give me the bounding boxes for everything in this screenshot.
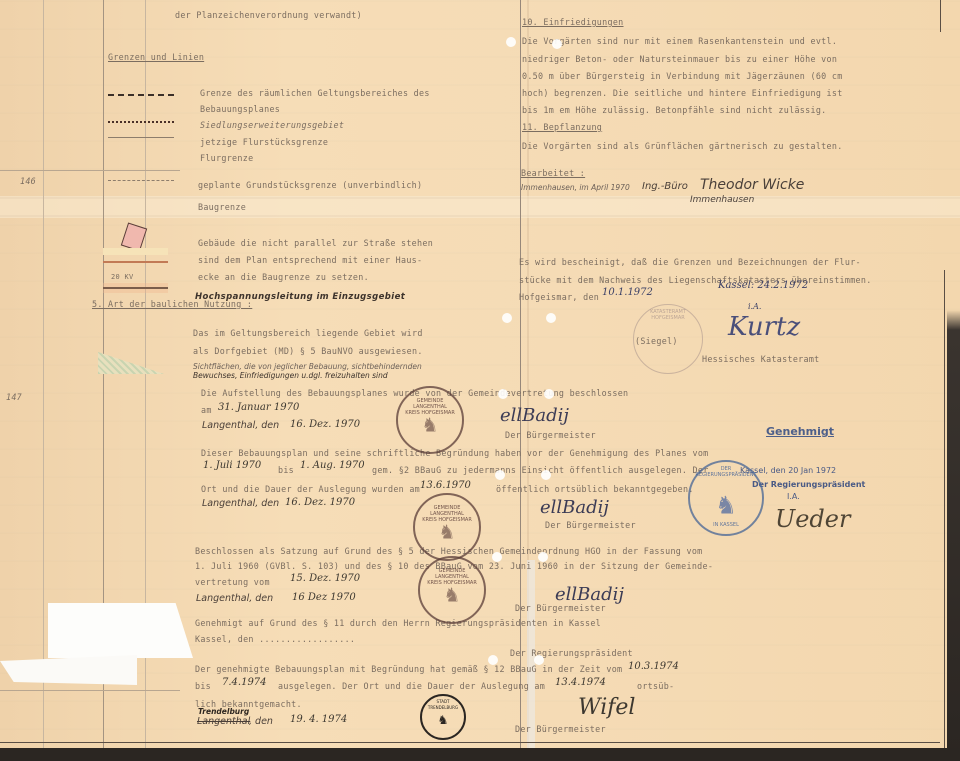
building-note: Gebäude die nicht parallel zur Straße st… [198,238,433,248]
mayor-signature: ellBadij [500,405,569,426]
einfriedigungen-heading: 10. Einfriedigungen [522,17,624,27]
kataster-office: Hessisches Katasteramt [702,354,820,364]
bepflanzung-heading: 11. Bepflanzung [522,122,602,132]
punch-hole [544,389,554,399]
place-new: Trendelburg [198,707,249,716]
sight-note: Bewuchses, Einfriedigungen u.dgl. freizu… [193,371,388,380]
place-struck: Langenthal [197,716,250,727]
tape-strip [0,196,960,218]
stadt-stamp: STADT TRENDELBURG ♞ [420,694,466,740]
bearbeitet-place: Immenhausen, im April 1970 [521,183,630,192]
signer-label: Der Bürgermeister [515,603,606,613]
gemeinde-stamp: GEMEINDE LANGENTHAL KREIS HOFGEISMAR ♞ [413,493,481,561]
cert-text: Dieser Bebauungsplan und seine schriftli… [201,448,709,458]
cert-text: Kassel, den .................. [195,634,355,644]
dotted-line-symbol [108,121,174,123]
mayor-signature: ellBadij [540,497,609,518]
top-fragment: der Planzeichenverordnung verwandt) [175,10,362,20]
einfriedigungen-line: 0.50 m über Bürgersteig in Verbindung mi… [522,71,843,81]
punch-hole [552,39,562,49]
cert-text: öffentlich ortsüblich bekanntgegeben. [496,484,694,494]
cert-text: vertretung vom [195,577,270,587]
bearbeitet-label: Bearbeitet : [521,168,585,178]
einfriedigungen-line: Die Vorgärten sind nur mit einem Rasenka… [522,36,837,46]
punch-hole [495,470,505,480]
border-line [0,742,940,743]
lion-emblem-icon: ♞ [445,583,458,608]
border-line [940,0,941,32]
stamp-text: IN KASSEL [690,522,762,528]
kv-label: 20 KV [111,273,134,281]
regierungs-label: Der Regierungspräsident [752,480,865,489]
gemeinde-stamp: GEMEINDE LANGENTHAL KREIS HOFGEISMAR ♞ [418,556,486,624]
sight-area-symbol [98,352,164,374]
ia-label: I.A. [787,492,800,501]
handwritten-date: 16. Dez. 1970 [285,497,355,508]
torn-paper-area [0,655,137,685]
baugrenze-fill [103,248,168,255]
background-edge [947,0,960,761]
punch-hole [534,655,544,665]
einfriedigungen-line: niedriger Beton- oder Natursteinmauer bi… [522,54,837,64]
nutzung-heading: 5. Art der baulichen Nutzung : [92,299,252,309]
einfriedigungen-line: bis 1m em Höhe zulässig. Betonpfähle sin… [522,105,827,115]
punch-hole [488,655,498,665]
signer-label: Der Bürgermeister [505,430,596,440]
kataster-line: stücke mit dem Nachweis des Liegenschaft… [519,275,872,285]
torn-paper-area [48,603,193,658]
lion-emblem-icon: ♞ [423,413,436,438]
handwritten-date: 16 Dez 1970 [292,592,356,603]
punch-hole [498,389,508,399]
office-name: Theodor Wicke [700,177,804,193]
sight-note: Sichtflächen, die von jeglicher Bebauung… [193,362,422,371]
handwritten-date: 13.6.1970 [420,480,471,491]
legend-item: geplante Grundstücksgrenze (unverbindlic… [198,180,422,190]
handwritten-date: Kassel: 24.2.1972 [718,280,808,291]
baugrenze-line [103,261,168,263]
handwritten-date: 13.4.1974 [555,677,606,688]
cert-text: Der genehmigte Bebauungsplan mit Begründ… [195,664,622,674]
legend-item: jetzige Flurstücksgrenze [200,137,328,147]
cert-text: Ort und die Dauer der Auslegung wurden a… [201,484,420,494]
dashed-line-symbol [108,94,174,96]
lion-emblem-icon: ♞ [718,487,735,520]
handwritten-date: 16. Dez. 1970 [290,419,360,430]
cert-text: bis [278,465,294,475]
punch-hole [541,470,551,480]
stamp-text: STADT TRENDELBURG [422,699,464,711]
place-label: Langenthal, den [202,498,279,509]
thin-dashed-symbol [108,180,174,181]
bepflanzung-line: Die Vorgärten sind als Grünflächen gärtn… [522,141,843,151]
building-note: sind dem Plan entsprechend mit einer Hau… [198,255,422,265]
map-number: 147 [6,392,22,402]
handwritten-date: 19. 4. 1974 [290,714,347,725]
handwritten-date: 7.4.1974 [222,677,267,688]
document-page: 146 147 der Planzeichenverordnung verwan… [0,0,960,761]
regierung-stamp: DER REGIERUNGSPRÄSIDENT ♞ IN KASSEL [688,460,764,536]
thin-line-symbol [108,137,174,138]
punch-hole [546,313,556,323]
cert-text: Genehmigt auf Grund des § 11 durch den H… [195,618,601,628]
lion-emblem-icon: ♞ [439,712,447,728]
place-suffix: , den [249,716,273,727]
handwritten-date: 10.3.1974 [628,661,679,672]
kataster-place: Hofgeismar, den [519,292,599,302]
legend-item: Siedlungserweiterungsgebiet [200,120,344,130]
legend-item: Bebauungsplanes [200,104,280,114]
signer-label: Der Bürgermeister [515,724,606,734]
nutzung-line: Das im Geltungsbereich liegende Gebiet w… [193,328,423,338]
office-city: Immenhausen [690,195,754,205]
signer-label: Der Regierungspräsident [510,648,633,658]
punch-hole [492,552,502,562]
map-line [43,0,44,748]
map-line [0,690,180,691]
cert-text: bis [195,681,211,691]
border-line [944,270,945,748]
legend-item: Baugrenze [198,202,246,212]
handwritten-date: 15. Dez. 1970 [290,573,360,584]
handwritten-date: 1. Juli 1970 [203,460,261,471]
handwritten-date: 31. Januar 1970 [218,402,299,413]
map-number: 146 [20,176,36,186]
signer-label: Der Bürgermeister [545,520,636,530]
handwritten-date: 1. Aug. 1970 [300,460,365,471]
office-prefix: Ing.-Büro [642,181,688,192]
einfriedigungen-line: hoch) begrenzen. Die seitliche und hinte… [522,88,843,98]
punch-hole [506,37,516,47]
cert-date-prefix: am [201,405,212,415]
nutzung-line: als Dorfgebiet (MD) § 5 BauNVO ausgewies… [193,346,423,356]
mayor-signature: Wifel [578,695,635,720]
hochspannung-band [103,283,168,293]
cert-text: ortsüb- [637,681,674,691]
ia-label: i.A. [748,302,761,311]
regierung-signature: Ueder [775,505,850,533]
stamp-text: KATASTERAMT HOFGEISMAR [634,309,702,321]
kataster-signature: Kurtz [728,312,800,342]
cert-text: ausgelegen. Der Ort und die Dauer der Au… [278,681,545,691]
stamp-text: DER REGIERUNGSPRÄSIDENT [690,466,762,478]
punch-hole [538,552,548,562]
column-divider [520,0,521,748]
handwritten-date: 10.1.1972 [602,287,653,298]
kataster-line: Es wird bescheinigt, daß die Grenzen und… [519,257,861,267]
legend-heading: Grenzen und Linien [108,52,204,62]
punch-hole [502,313,512,323]
gemeinde-stamp: GEMEINDE LANGENTHAL KREIS HOFGEISMAR ♞ [396,386,464,454]
legend-item: Flurgrenze [200,153,253,163]
map-line [0,170,180,171]
background-edge [0,748,960,761]
lion-emblem-icon: ♞ [440,520,453,545]
place-label: Langenthal, den [202,420,279,431]
genehmigt-stamp: Genehmigt [766,425,834,438]
mayor-signature: ellBadij [555,584,624,605]
legend-item: Grenze des räumlichen Geltungsbereiches … [200,88,430,98]
place-label: Langenthal, den [196,593,273,604]
building-note: ecke an die Baugrenze zu setzen. [198,272,369,282]
kataster-stamp: KATASTERAMT HOFGEISMAR [633,304,703,374]
